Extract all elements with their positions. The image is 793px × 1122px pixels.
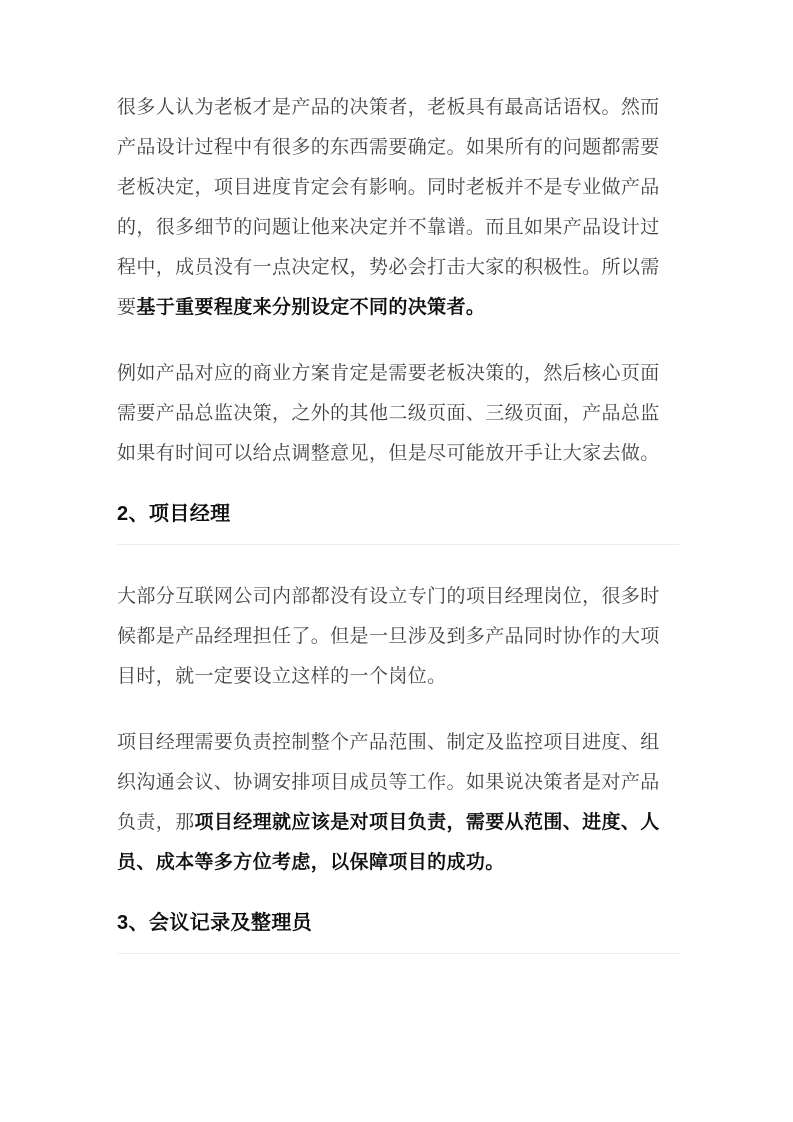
paragraph-boss-decision-bold-text: 基于重要程度来分别设定不同的决策者。 [136, 297, 485, 318]
section-heading-project-manager: 2、项目经理 [117, 500, 679, 545]
section-heading-meeting-recorder: 3、会议记录及整理员 [117, 909, 679, 954]
paragraph-pm-position: 大部分互联网公司内部都没有设立专门的项目经理岗位，很多时候都是产品经理担任了。但… [117, 577, 679, 697]
paragraph-boss-decision: 很多人认为老板才是产品的决策者，老板具有最高话语权。然而产品设计过程中有很多的东… [117, 88, 679, 328]
paragraph-example-decision-levels: 例如产品对应的商业方案肯定是需要老板决策的，然后核心页面需要产品总监决策，之外的… [117, 354, 679, 474]
paragraph-boss-decision-text: 很多人认为老板才是产品的决策者，老板具有最高话语权。然而产品设计过程中有很多的东… [117, 97, 660, 318]
article-body: 很多人认为老板才是产品的决策者，老板具有最高话语权。然而产品设计过程中有很多的东… [117, 0, 679, 954]
paragraph-example-decision-levels-text: 例如产品对应的商业方案肯定是需要老板决策的，然后核心页面需要产品总监决策，之外的… [117, 363, 660, 464]
document-page: 很多人认为老板才是产品的决策者，老板具有最高话语权。然而产品设计过程中有很多的东… [0, 0, 793, 1122]
paragraph-pm-duties-bold-text: 项目经理就应该是对项目负责，需要从范围、进度、人员、成本等多方位考虑，以保障项目… [117, 812, 660, 873]
paragraph-pm-duties: 项目经理需要负责控制整个产品范围、制定及监控项目进度、组织沟通会议、协调安排项目… [117, 723, 679, 883]
paragraph-pm-position-text: 大部分互联网公司内部都没有设立专门的项目经理岗位，很多时候都是产品经理担任了。但… [117, 586, 660, 687]
